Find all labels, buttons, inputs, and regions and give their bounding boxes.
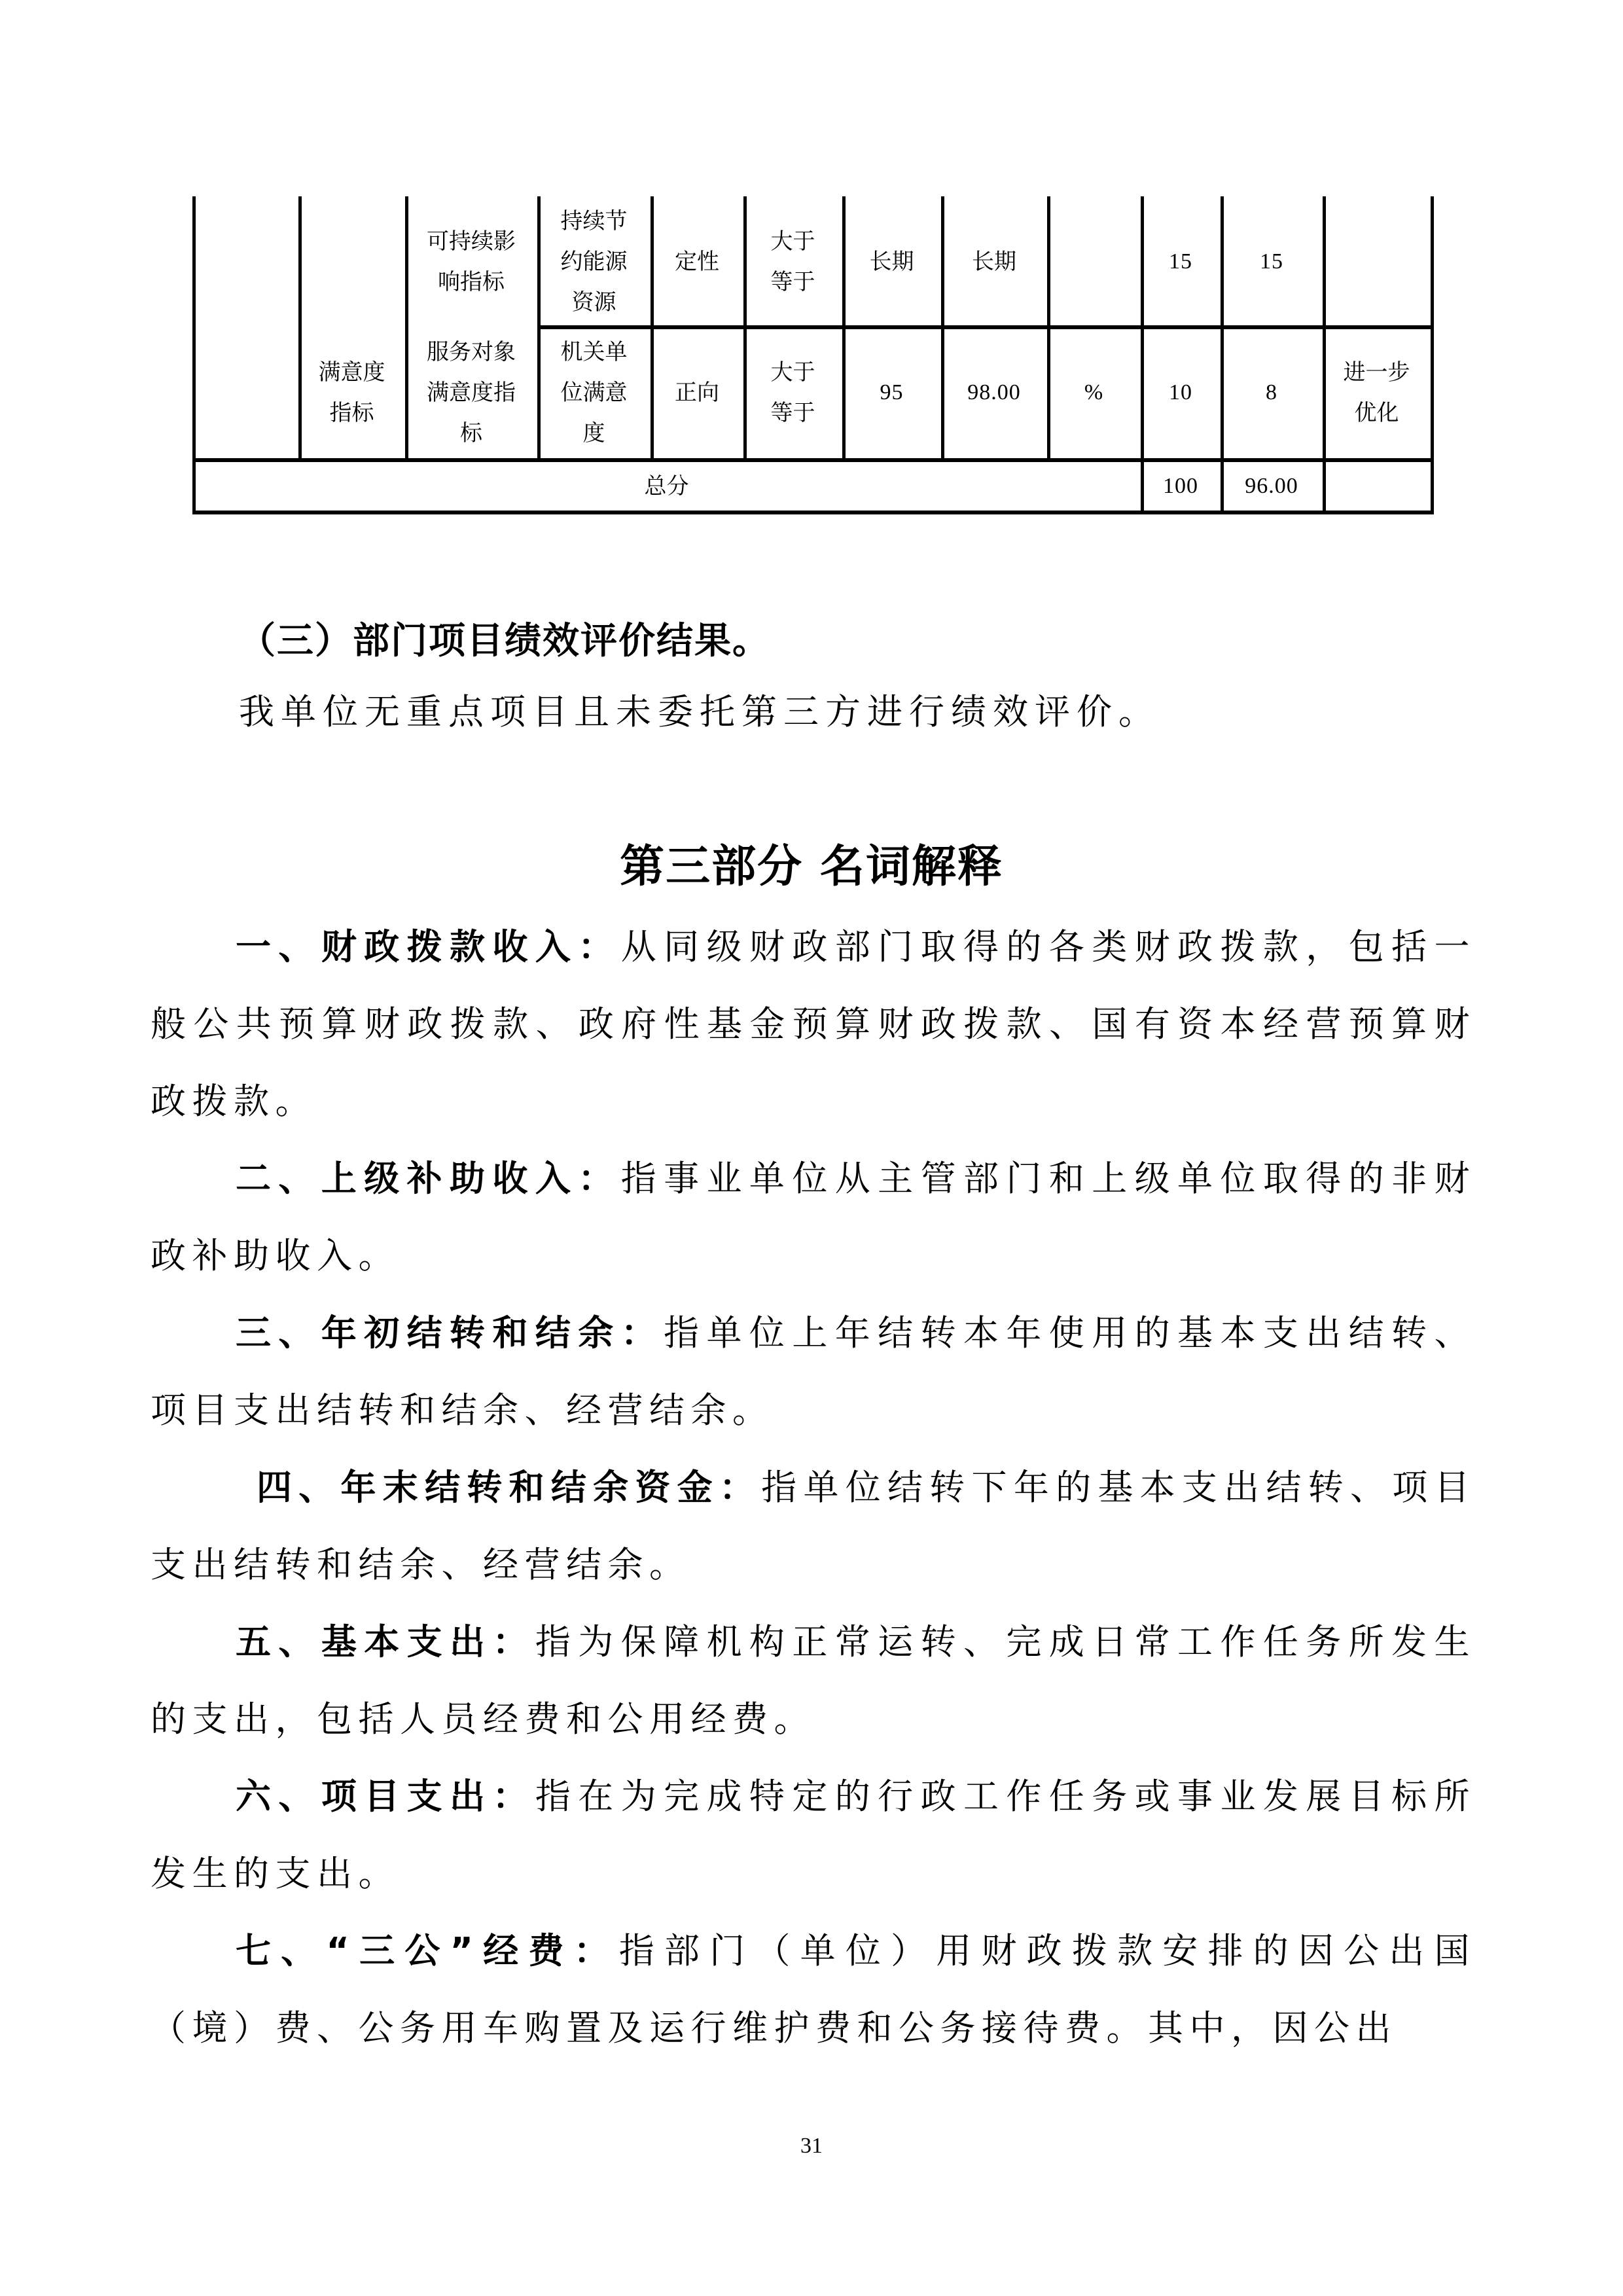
definition-item: 六、项目支出：指在为完成特定的行政工作任务或事业发展目标所发生的支出。 [151,1758,1476,1912]
table-border-right [1431,196,1434,514]
score-cell: 8 [1221,327,1323,458]
definition-term: 五、基本支出： [236,1621,535,1662]
unit-cell: % [1047,327,1141,458]
definition-item: 四、年末结转和结余资金：指单位结转下年的基本支出结转、项目支出结转和结余、经营结… [151,1449,1476,1604]
total-weight: 100 [1141,460,1221,512]
remark-cell: 进一步 优化 [1323,327,1431,458]
page-number: 31 [0,2134,1623,2159]
definitions-list: 一、财政拨款收入：从同级财政部门取得的各类财政拨款，包括一般公共预算财政拨款、政… [151,908,1476,2067]
nature-cell: 定性 [651,196,743,327]
definition-term: 四、年末结转和结余资金： [257,1467,761,1508]
definition-item: 五、基本支出：指为保障机构正常运转、完成日常工作任务所发生的支出，包括人员经费和… [151,1604,1476,1758]
level3-cell: 服务对象 满意度指 标 [405,327,537,458]
operator-cell: 大于 等于 [743,196,842,327]
part-title: 第三部分 名词解释 [0,831,1623,895]
definition-item: 二、上级补助收入：指事业单位从主管部门和上级单位取得的非财政补助收入。 [151,1140,1476,1295]
actual-cell: 长期 [941,196,1047,327]
total-score: 96.00 [1221,460,1323,512]
weight-cell: 15 [1141,196,1221,327]
total-label: 总分 [192,460,1141,512]
score-cell: 15 [1221,196,1323,327]
definition-item: 一、财政拨款收入：从同级财政部门取得的各类财政拨款，包括一般公共预算财政拨款、政… [151,908,1476,1140]
performance-table: 满意度 指标 可持续影 响指标 服务对象 满意度指 标 持续节 约能源 资源 定… [192,196,1431,511]
definition-term: 三、年初结转和结余： [236,1312,664,1354]
remark-cell [1323,196,1431,327]
level2-cell: 满意度 指标 [298,327,405,458]
level3-cell: 可持续影 响指标 [405,196,537,327]
weight-cell: 10 [1141,327,1221,458]
definition-item: 七、“三公”经费：指部门（单位）用财政拨款安排的因公出国（境）费、公务用车购置及… [151,1912,1476,2067]
definition-term: 二、上级补助收入： [236,1158,621,1199]
indicator-cell: 持续节 约能源 资源 [537,196,651,327]
indicator-cell: 机关单 位满意 度 [537,327,651,458]
operator-cell: 大于 等于 [743,327,842,458]
target-cell: 95 [842,327,941,458]
definition-term: 七、“三公”经费： [236,1930,619,1971]
unit-cell [1047,196,1141,327]
target-cell: 长期 [842,196,941,327]
section-body: 我单位无重点项目且未委托第三方进行绩效评价。 [239,684,1160,734]
section-heading: （三）部门项目绩效评价结果。 [239,612,770,664]
total-remark [1323,460,1431,512]
nature-cell: 正向 [651,327,743,458]
definition-item: 三、年初结转和结余：指单位上年结转本年使用的基本支出结转、项目支出结转和结余、经… [151,1295,1476,1449]
definition-term: 一、财政拨款收入： [236,926,621,967]
definition-term: 六、项目支出： [236,1776,535,1817]
actual-cell: 98.00 [941,327,1047,458]
